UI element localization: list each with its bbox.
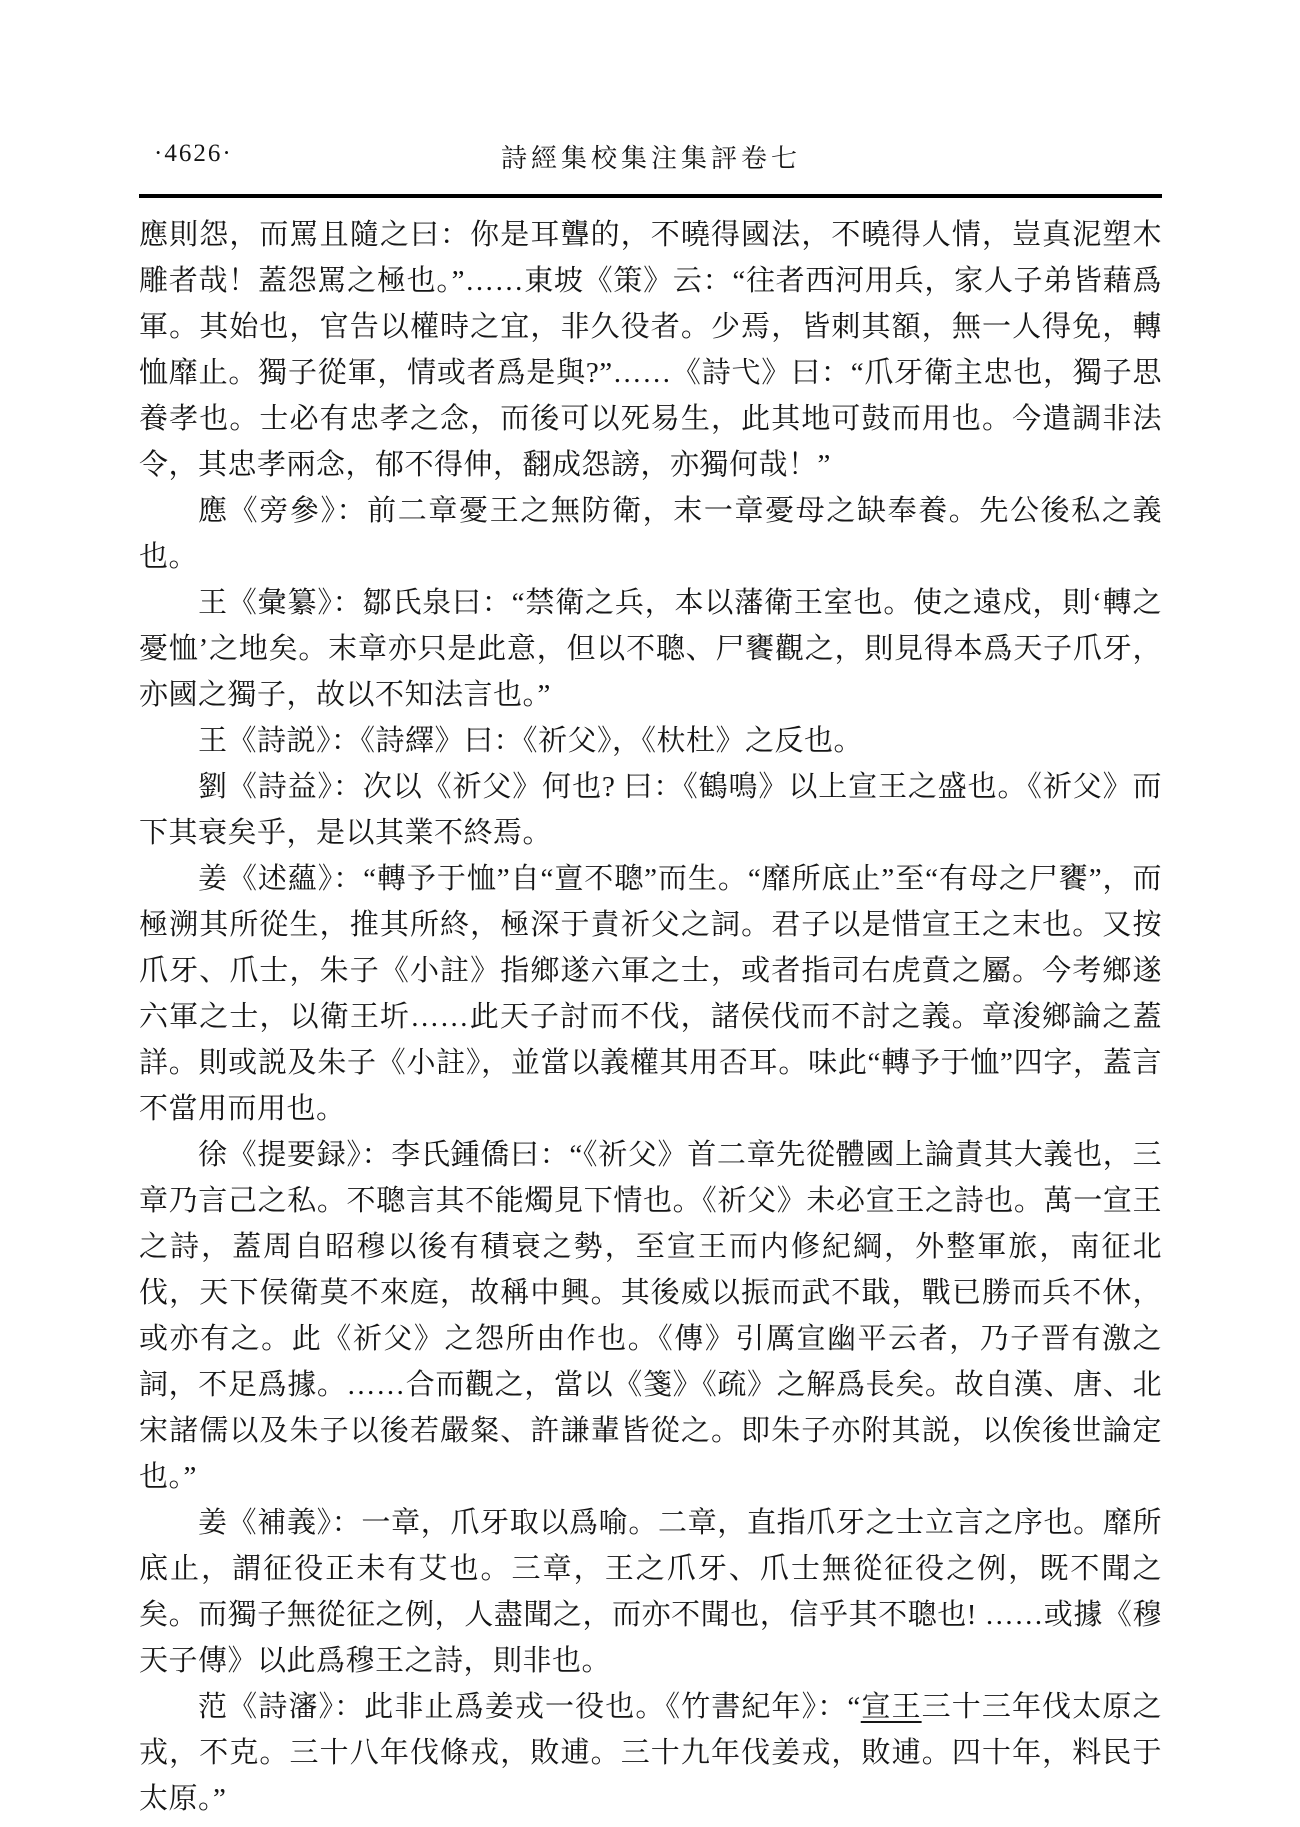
paragraph: 姜《述蘊》：“轉予于恤”自“亶不聰”而生。“靡所底止”至“有母之尸饔”，而極溯其… [139,856,1162,1132]
paragraph: 劉《詩益》：次以《祈父》何也? 曰：《鶴鳴》以上宣王之盛也。《祈父》而下其衰矣乎… [139,764,1162,856]
paragraph: 范《詩瀋》：此非止爲姜戎一役也。《竹書紀年》：“宣王三十三年伐太原之戎，不克。三… [139,1684,1162,1822]
paragraph: 姜《補義》：一章，爪牙取以爲喻。二章，直指爪牙之士立言之序也。靡所底止，謂征役正… [139,1500,1162,1684]
body-text: 應則怨，而罵且隨之曰：你是耳聾的，不曉得國法，不曉得人情，豈真泥塑木雕者哉！蓋怨… [139,212,1162,1822]
paragraph: 應《旁參》：前二章憂王之無防衛，末一章憂母之缺奉養。先公後私之義也。 [139,488,1162,580]
header-rule [139,194,1162,198]
paragraph: 王《彙纂》：鄒氏泉曰：“禁衛之兵，本以藩衛王室也。使之遠戍，則‘轉之憂恤’之地矣… [139,580,1162,718]
paragraph: 徐《提要録》：李氏鍾僑曰：“《祈父》首二章先從體國上論責其大義也，三章乃言己之私… [139,1132,1162,1500]
page-header: ·4626· 詩經集校集注集評卷七 [140,136,1162,172]
paragraph: 應則怨，而罵且隨之曰：你是耳聾的，不曉得國法，不曉得人情，豈真泥塑木雕者哉！蓋怨… [139,212,1162,488]
header-title: 詩經集校集注集評卷七 [140,138,1162,175]
proper-noun-underline: 宣王 [861,1691,922,1723]
paragraph: 王《詩説》：《詩繹》曰：《祈父》，《杕杜》之反也。 [139,718,1162,764]
